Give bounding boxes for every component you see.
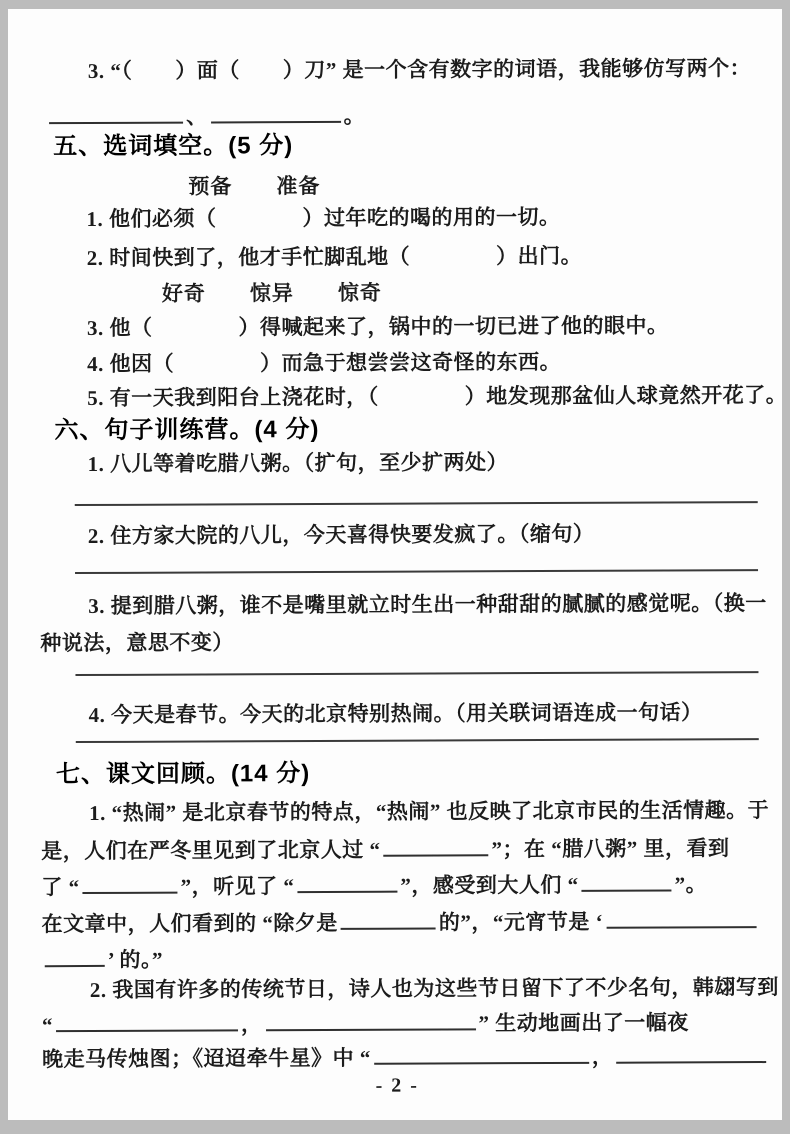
section-7-question-2-line-2: “，” 生动地画出了一幅夜 <box>42 1007 689 1040</box>
text-segment: 3. 他（ ）得喊起来了，锅中的一切已进了他的眼中。 <box>87 313 669 340</box>
text-segment: 3. 提到腊八粥，谁不是嘴里就立时生出一种甜甜的腻腻的感觉呢。（换一 <box>88 591 767 618</box>
text-segment: ”，听见了 “ <box>181 874 295 898</box>
text-segment: ” 生动地画出了一幅夜 <box>478 1010 688 1035</box>
section-5-question-3: 3. 他（ ）得喊起来了，锅中的一切已进了他的眼中。 <box>87 310 669 343</box>
answer-blank <box>210 101 340 124</box>
scanned-exam-page: { "colors": { "scan_background": "#bcbcb… <box>0 0 790 1134</box>
answer-blank <box>606 906 756 929</box>
text-segment: 的”，“元宵节是 ‘ <box>439 910 603 935</box>
section-5-word-bank-1: 预备 准备 <box>188 171 320 202</box>
page-number: - 2 - <box>10 1073 784 1099</box>
section-7-question-1-line-3: 了 “”，听见了 “”，感受到大人们 “”。 <box>41 869 707 902</box>
answer-rule-4 <box>76 738 759 743</box>
text-segment: ， <box>241 1012 263 1036</box>
section-7-question-1-line-4: 在文章中，人们看到的 “除夕是的”，“元宵节是 ‘ <box>42 906 760 939</box>
text-segment: 4. 他因（ ）而急于想尝尝这奇怪的东西。 <box>87 350 561 376</box>
answer-blank <box>341 908 436 930</box>
section-6-question-2: 2. 住方家大院的八儿，今天喜得快要发疯了。（缩句） <box>88 519 595 551</box>
text-segment: 好奇 惊异 惊奇 <box>162 281 382 306</box>
section-7-question-2-line-1: 2. 我国有许多的传统节日，诗人也为这些节日留下了不少名句，韩翃写到 <box>90 972 779 1005</box>
answer-blank <box>383 834 488 856</box>
answer-blank <box>374 1042 589 1065</box>
worksheet-content: 3. “（ ）面（ ）刀” 是一个含有数字的词语，我能够仿写两个： 、。 五、选… <box>6 7 785 1121</box>
section-7-question-1-line-2: 是，人们在严冬里见到了北京人过 “”；在 “腊八粥” 里，看到 <box>41 833 729 866</box>
answer-blank <box>49 102 183 125</box>
text-segment: 、 <box>186 104 208 128</box>
text-segment: 5. 有一天我到阳台上浇花时，（ ）地发现那盆仙人球竟然开花了。 <box>87 383 787 410</box>
section-6-question-1: 1. 八儿等着吃腊八粥。（扩句，至少扩两处） <box>87 447 508 479</box>
answer-blank <box>265 1008 475 1031</box>
text-segment: 在文章中，人们看到的 “除夕是 <box>42 911 338 936</box>
text-segment: ”；在 “腊八粥” 里，看到 <box>491 836 729 861</box>
section-6-question-3-line-2: 种说法，意思不变） <box>40 627 234 658</box>
text-segment: ， <box>592 1045 614 1069</box>
answer-blank <box>582 870 672 892</box>
text-segment: ’ 的。” <box>108 948 163 972</box>
section-5-question-4: 4. 他因（ ）而急于想尝尝这奇怪的东西。 <box>87 347 561 379</box>
section-7-question-1-line-1: 1. “热闹” 是北京春节的特点，“热闹” 也反映了北京市民的生活情趣。于 <box>89 795 769 828</box>
section-6-heading: 六、句子训练营。(4 分) <box>54 415 319 446</box>
question-4-3-prompt: 3. “（ ）面（ ）刀” 是一个含有数字的词语，我能够仿写两个： <box>88 53 751 86</box>
answer-rule-3 <box>75 671 758 676</box>
text-segment: 预备 准备 <box>188 174 320 199</box>
text-segment: 五、选词填空。(5 分) <box>53 132 293 160</box>
answer-blank <box>616 1041 766 1064</box>
question-4-3-answer-blanks: 、。 <box>46 101 365 132</box>
section-5-question-2: 2. 时间快到了，他才手忙脚乱地（ ）出门。 <box>87 241 583 273</box>
section-6-question-3-line-1: 3. 提到腊八粥，谁不是嘴里就立时生出一种甜甜的腻腻的感觉呢。（换一 <box>88 588 767 621</box>
answer-blank <box>45 945 105 967</box>
text-segment: 2. 我国有许多的传统节日，诗人也为这些节日留下了不少名句，韩翃写到 <box>90 975 779 1002</box>
section-5-question-5: 5. 有一天我到阳台上浇花时，（ ）地发现那盆仙人球竟然开花了。 <box>87 380 787 413</box>
text-segment: 六、句子训练营。(4 分) <box>54 416 319 444</box>
answer-rule-1 <box>75 501 758 506</box>
text-segment: ”，感受到大人们 “ <box>400 873 578 898</box>
section-5-heading: 五、选词填空。(5 分) <box>53 131 293 162</box>
text-segment: 是，人们在严冬里见到了北京人过 “ <box>41 838 380 863</box>
text-segment: “ <box>42 1013 53 1037</box>
text-segment: 种说法，意思不变） <box>40 630 234 655</box>
text-segment: 3. “（ ）面（ ）刀” 是一个含有数字的词语，我能够仿写两个： <box>88 56 751 83</box>
worksheet-paper: 3. “（ ）面（ ）刀” 是一个含有数字的词语，我能够仿写两个： 、。 五、选… <box>8 9 782 1120</box>
answer-blank <box>56 1009 238 1032</box>
text-segment: 1. 八儿等着吃腊八粥。（扩句，至少扩两处） <box>88 450 509 476</box>
section-5-question-1: 1. 他们必须（ ）过年吃的喝的用的一切。 <box>86 202 560 234</box>
section-7-heading: 七、课文回顾。(14 分) <box>56 759 310 790</box>
section-6-question-4: 4. 今天是春节。今天的北京特别热闹。（用关联词语连成一句话） <box>89 697 703 730</box>
text-segment: 2. 时间快到了，他才手忙脚乱地（ ）出门。 <box>87 244 583 270</box>
text-segment: 2. 住方家大院的八儿，今天喜得快要发疯了。（缩句） <box>88 522 595 548</box>
text-segment: ”。 <box>675 872 708 896</box>
text-segment: 4. 今天是春节。今天的北京特别热闹。（用关联词语连成一句话） <box>89 700 703 727</box>
text-segment: 晚走马传烛图；《迢迢牵牛星》中 “ <box>42 1046 371 1071</box>
answer-blank <box>297 871 397 893</box>
text-segment: 七、课文回顾。(14 分) <box>56 760 310 788</box>
text-segment: 1. 他们必须（ ）过年吃的喝的用的一切。 <box>86 205 560 231</box>
answer-rule-2 <box>75 569 758 574</box>
answer-blank <box>83 872 178 894</box>
text-segment: 了 “ <box>41 875 79 899</box>
text-segment: 。 <box>343 104 365 128</box>
text-segment: 1. “热闹” 是北京春节的特点，“热闹” 也反映了北京市民的生活情趣。于 <box>89 798 769 825</box>
section-7-question-1-line-5: ’ 的。” <box>42 945 163 976</box>
section-5-word-bank-2: 好奇 惊异 惊奇 <box>162 278 382 309</box>
section-7-question-2-line-3: 晚走马传烛图；《迢迢牵牛星》中 “， <box>42 1041 769 1074</box>
